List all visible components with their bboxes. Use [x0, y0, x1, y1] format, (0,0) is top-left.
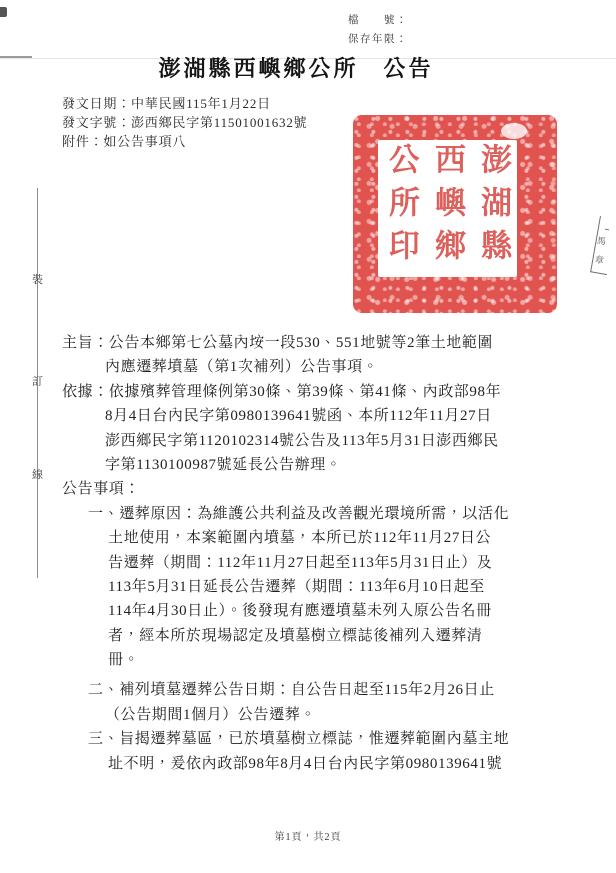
issue-date-line: 發文日期：中華民國115年1月22日: [62, 94, 307, 113]
body-line: 內應遷葬墳墓（第1次補列）公告事項。: [105, 355, 548, 379]
body-line: （公告期間1個月）公告遷葬。: [105, 703, 548, 727]
scan-corner-artifact: [0, 7, 7, 17]
body-line: 者，經本所於現場認定及墳墓樹立標誌後補列入遷葬清: [108, 624, 548, 648]
edge-stamp-char-2: 章: [594, 252, 605, 266]
body-line: 依據：依據殯葬管理條例第30條、第39條、第41條、內政部98年: [62, 380, 548, 404]
body-line: 主旨：公告本鄉第七公墓內垵一段530、551地號等2筆土地範圍: [62, 331, 548, 355]
attachment-line: 附件：如公告事項八: [62, 132, 307, 151]
body-line: 公告事項：: [62, 477, 548, 501]
binding-char-zhuang: 裝: [30, 271, 45, 287]
file-number-block: 檔 號： 保存年限：: [348, 11, 408, 49]
body-line: 114年4月30日止）。後發現有應遷墳墓未列入原公告名冊: [108, 599, 548, 623]
body-line: 一、遷葬原因：為維護公共利益及改善觀光環境所需，以活化: [88, 502, 548, 526]
body-line: 冊。: [108, 648, 548, 672]
page-number: 第1頁，共2頁: [0, 828, 616, 843]
body-line: 土地使用，本案範圍內墳墓，本所已於112年11月27日公: [108, 526, 548, 550]
retention-period-label: 保存年限：: [348, 30, 408, 49]
doc-number-line: 發文字號：澎西鄉民字第11501001632號: [62, 113, 307, 132]
body-line: 113年5月31日延長公告遷葬（期間：113年6月10日起至: [108, 575, 548, 599]
document-meta: 發文日期：中華民國115年1月22日 發文字號：澎西鄉民字第1150100163…: [62, 94, 307, 151]
file-number-label: 檔 號：: [348, 11, 408, 30]
body-line: 8月4日台內民字第0980139641號函、本所112年11月27日: [105, 404, 548, 428]
edge-stamp-char-1: 馬: [596, 233, 607, 247]
body-line: 址不明，爰依內政部98年8月4日台內民字第0980139641號: [108, 752, 548, 776]
body-line: 告遷葬（期間：112年11月27日起至113年5月31日止）及: [108, 551, 548, 575]
announcement-body: 主旨：公告本鄉第七公墓內垵一段530、551地號等2筆土地範圍 內應遷葬墳墓（第…: [62, 331, 548, 776]
body-line: 三、旨揭遷葬墓區，已於墳墓樹立標誌，惟遷葬範圍內墓主地: [88, 727, 548, 751]
document-title: 澎湖縣西嶼鄉公所 公告: [0, 52, 592, 83]
body-line: 澎西鄉民字第1120102314號公告及113年5月31日澎西鄉民: [105, 429, 548, 453]
binding-char-ding: 訂: [30, 373, 45, 389]
seal-inner-area: 澎湖縣西嶼鄉公所印: [378, 140, 517, 277]
seal-text: 澎湖縣西嶼鄉公所印: [378, 143, 516, 274]
body-line: 二、補列墳墓遷葬公告日期：自公告日起至115年2月26日止: [88, 678, 548, 702]
body-line: 字第1130100987號延長公告辦理。: [105, 453, 548, 477]
document-page: 檔 號： 保存年限： 澎湖縣西嶼鄉公所 公告 發文日期：中華民國115年1月22…: [0, 0, 616, 873]
binding-char-xian: 線: [30, 466, 45, 482]
seal-ink-gap: [501, 123, 527, 139]
official-seal-stamp: 澎湖縣西嶼鄉公所印: [353, 115, 557, 313]
